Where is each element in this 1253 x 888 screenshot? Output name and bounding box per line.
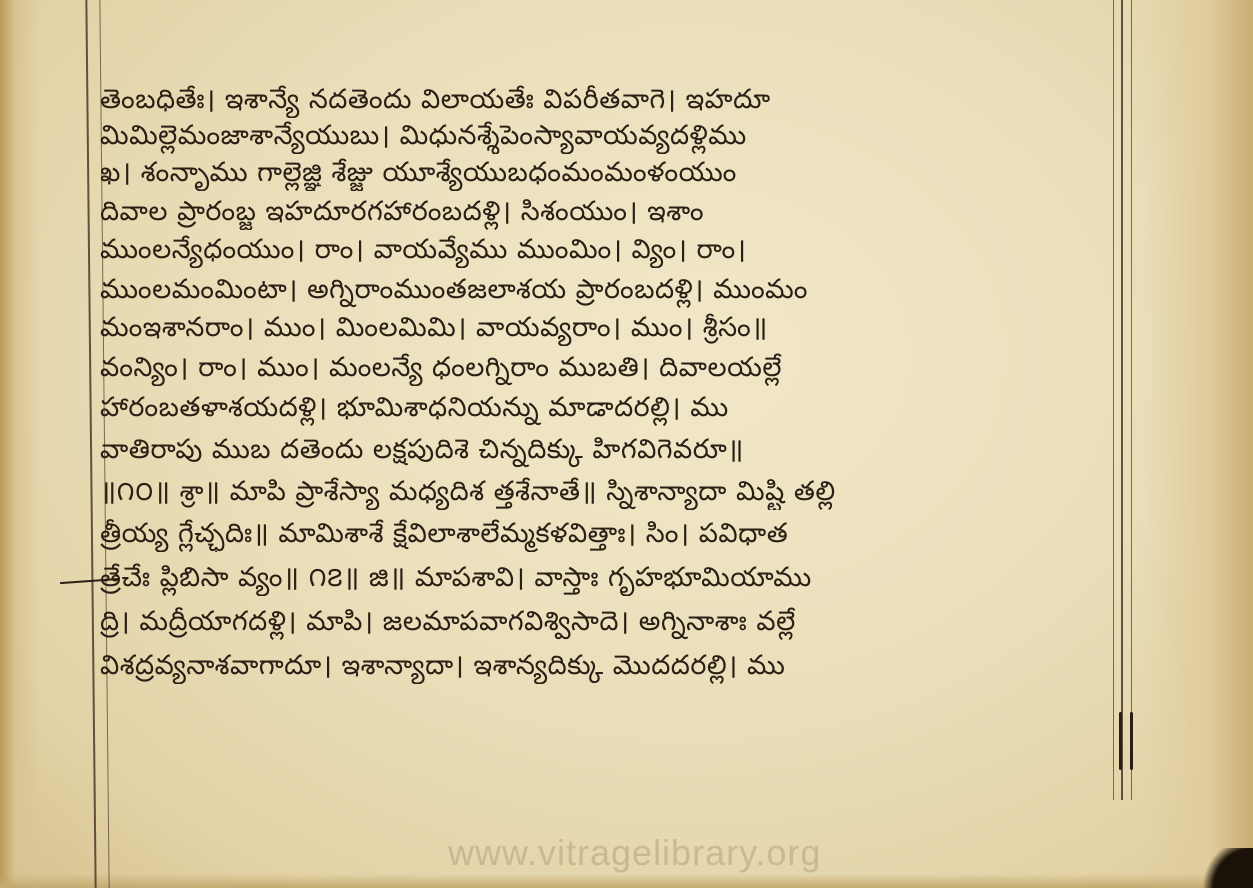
- right-margin-rule-outer: [1121, 0, 1123, 800]
- scan-corner-background: [1193, 848, 1253, 888]
- manuscript-line-5: ముంలన్యేధంయుం। రాం। వాయవ్యేము ముంమిం। వ్…: [100, 232, 746, 268]
- right-margin-rule-inner: [1113, 0, 1114, 800]
- manuscript-line-6: ముంలమంమింటా। అగ్నిరాంముంతజలాశయ ప్రారంబదళ…: [100, 272, 808, 308]
- manuscript-line-1: తెంబధితేః। ఇశాన్యే నదతెందు విలాయతేః విపర…: [100, 82, 771, 118]
- manuscript-line-10: వాతిరాపు ముబ దతెందు లక్షపుదిశె చిన్నదిక్…: [100, 432, 744, 468]
- section-end-marks: [1119, 712, 1135, 770]
- manuscript-line-3: ఖ। శంనృాము గాల్లెజ్ఞి శేజ్జు యూశ్యేయుబధం…: [100, 155, 737, 191]
- manuscript-line-2: మిమిల్లెమంజాశాన్యేయుబు। మిధునశ్శేపెంస్యా…: [100, 118, 747, 154]
- manuscript-line-14: ద్రి। మద్రీయాగదళ్లి। మాపి। జలమాపవాగవిశ్వ…: [100, 604, 796, 640]
- manuscript-line-12: త్రీయ్య గ్లేచ్ఛదిః॥ మామిశాశే క్షేవిలాశాల…: [100, 516, 788, 552]
- library-watermark: www.vitragelibrary.org: [448, 832, 821, 874]
- page-right-edge-shadow: [1143, 0, 1253, 888]
- page-left-edge-shadow: [0, 0, 40, 888]
- manuscript-line-7: మంఇశానరాం। ముం। మింలమిమి। వాయవ్యరాం। ముం…: [100, 310, 768, 346]
- manuscript-line-15: విశద్రవ్యనాశవాగాదూ। ఇశాన్యాదా। ఇశాన్యదిక…: [100, 648, 785, 684]
- manuscript-page: తెంబధితేః। ఇశాన్యే నదతెందు విలాయతేః విపర…: [0, 0, 1253, 888]
- page-bottom-edge: [0, 874, 1253, 888]
- manuscript-line-9: హారంబతళాశయదళ్లి। భూమిశాధనియన్ను మాడాదరల్…: [100, 390, 729, 426]
- manuscript-line-11: ॥౧౦॥ శ్రా॥ మాపి ప్రాశేస్యా మధ్యదిశ త్తశే…: [100, 474, 836, 510]
- manuscript-line-13: త్రేచేః ప్లిబిసా వ్యం॥ ౧౭॥ జి॥ మాపశావి। …: [100, 560, 812, 596]
- manuscript-line-4: దివాల ప్రారంబ్జ ఇహదూరగహారంబదళ్లి। సిశంయు…: [100, 194, 704, 230]
- left-margin-rule-outer: [85, 0, 96, 888]
- manuscript-line-8: వంన్యిం। రాం। ముం। మంలన్యే ధంలగ్నిరాం ము…: [100, 350, 782, 386]
- right-margin-rule-extra: [1131, 0, 1132, 800]
